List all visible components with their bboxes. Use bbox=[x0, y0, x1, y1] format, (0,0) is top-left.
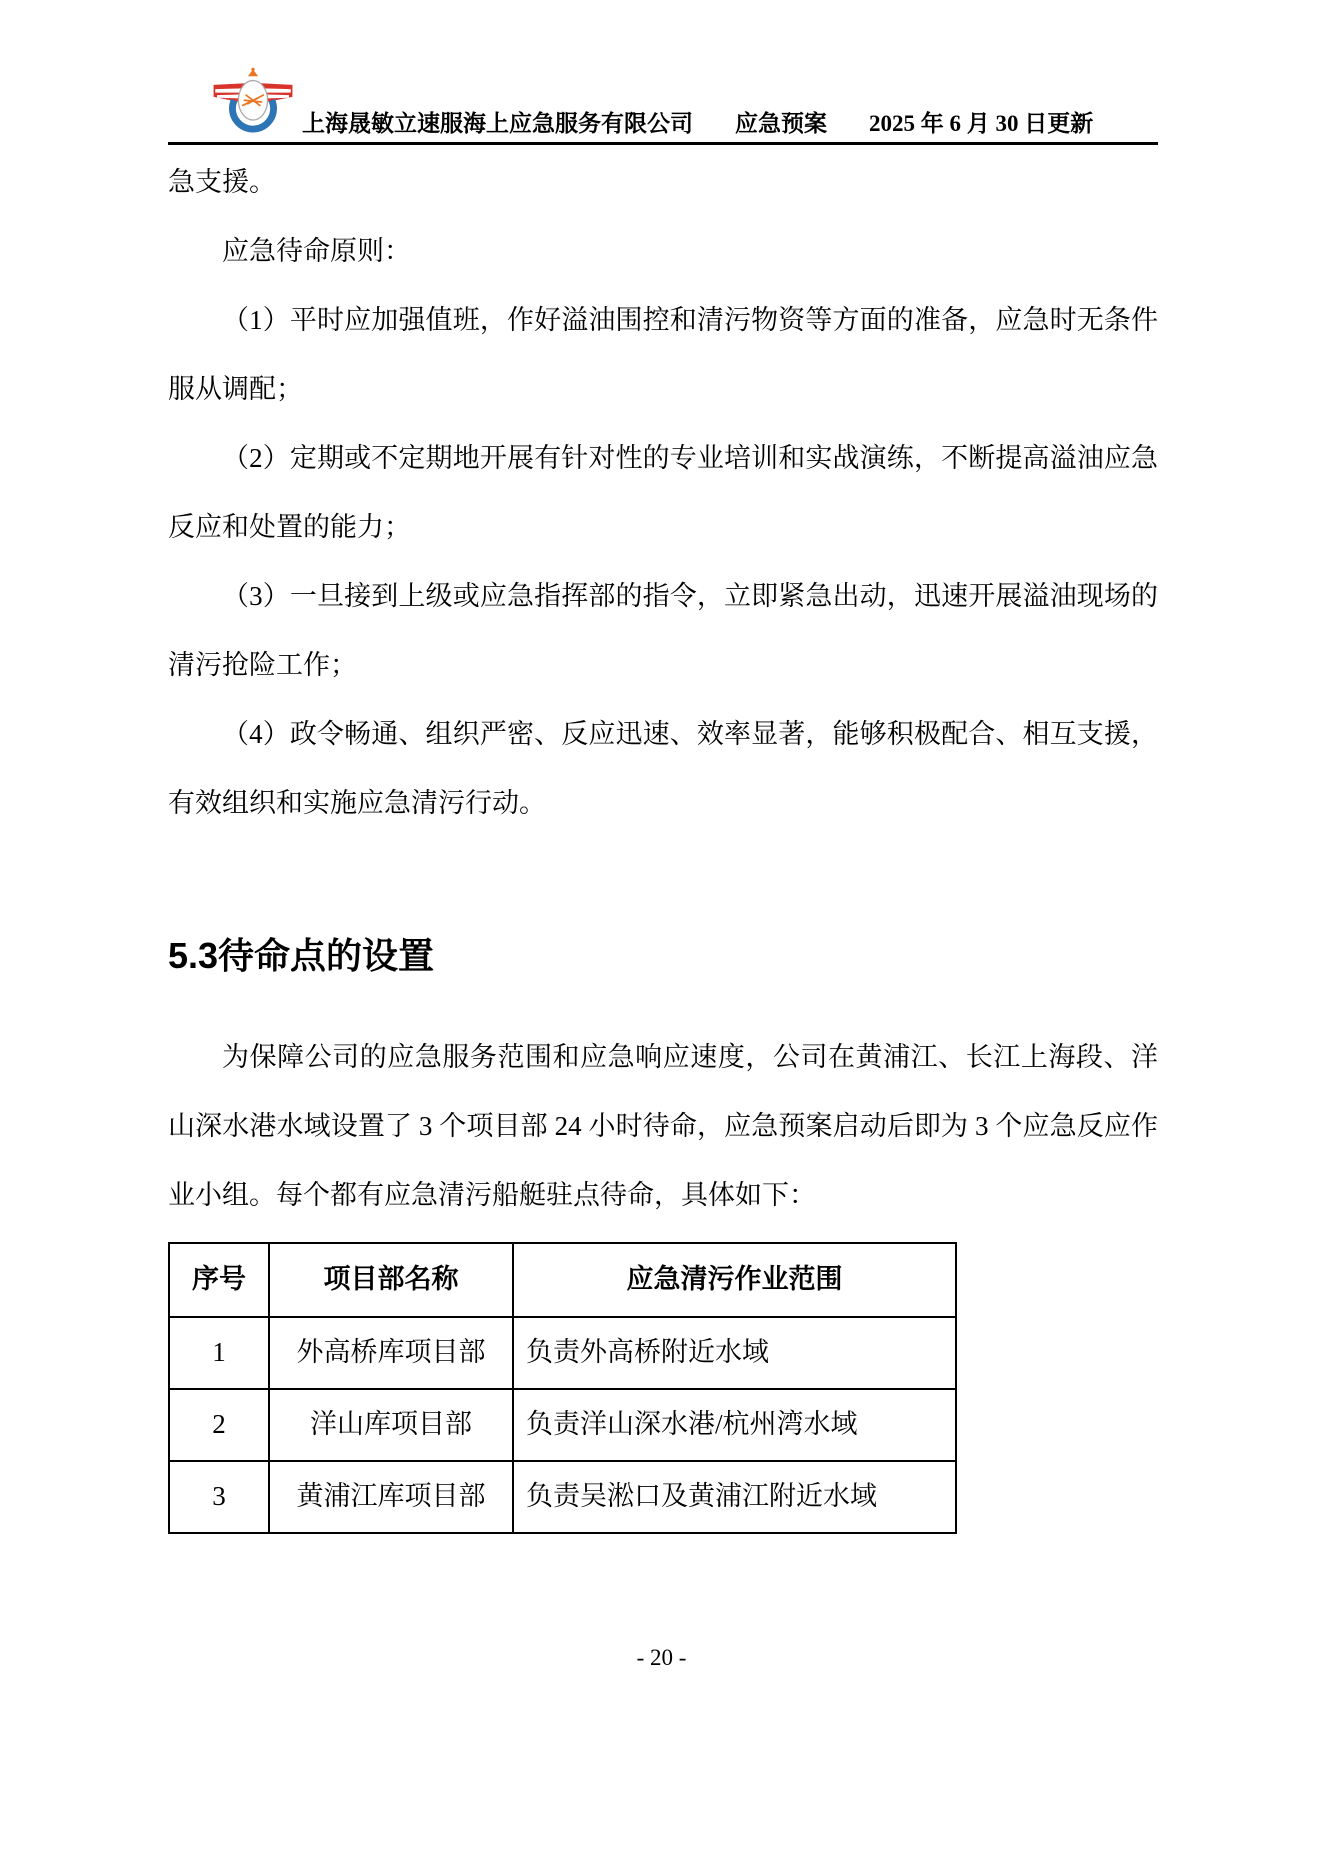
principle-item-4: （4）政令畅通、组织严密、反应迅速、效率显著，能够积极配合、相互支援，有效组织和… bbox=[168, 700, 1158, 838]
cleanup-range: 负责外高桥附近水域 bbox=[513, 1317, 956, 1389]
document-page: 上海晟敏立速服海上应急服务有限公司 应急预案 2025 年 6 月 30 日更新… bbox=[0, 0, 1323, 1871]
page-footer: - 20 - bbox=[0, 1645, 1323, 1671]
project-name: 外高桥库项目部 bbox=[269, 1317, 513, 1389]
principles-title: 应急待命原则： bbox=[168, 217, 1158, 286]
principle-item-2: （2）定期或不定期地开展有针对性的专业培训和实战演练，不断提高溢油应急反应和处置… bbox=[168, 424, 1158, 562]
principle-item-3: （3）一旦接到上级或应急指挥部的指令，立即紧急出动，迅速开展溢油现场的清污抢险工… bbox=[168, 562, 1158, 700]
section-heading: 5.3待命点的设置 bbox=[168, 933, 1158, 978]
document-body: 急支援。 应急待命原则： （1）平时应加强值班，作好溢油围控和清污物资等方面的准… bbox=[168, 148, 1158, 1534]
standby-points-table: 序号 项目部名称 应急清污作业范围 1 外高桥库项目部 负责外高桥附近水域 2 … bbox=[168, 1242, 957, 1534]
row-index: 2 bbox=[169, 1389, 269, 1461]
cleanup-range: 负责吴淞口及黄浦江附近水域 bbox=[513, 1461, 956, 1533]
table-row: 3 黄浦江库项目部 负责吴淞口及黄浦江附近水域 bbox=[169, 1461, 956, 1533]
document-type: 应急预案 bbox=[735, 111, 827, 136]
page-header: 上海晟敏立速服海上应急服务有限公司 应急预案 2025 年 6 月 30 日更新 bbox=[168, 66, 1158, 145]
table-row: 1 外高桥库项目部 负责外高桥附近水域 bbox=[169, 1317, 956, 1389]
update-date: 2025 年 6 月 30 日更新 bbox=[869, 111, 1093, 136]
row-index: 3 bbox=[169, 1461, 269, 1533]
row-index: 1 bbox=[169, 1317, 269, 1389]
project-name: 洋山库项目部 bbox=[269, 1389, 513, 1461]
company-name: 上海晟敏立速服海上应急服务有限公司 bbox=[302, 111, 693, 136]
page-number: - 20 - bbox=[637, 1645, 687, 1670]
project-name: 黄浦江库项目部 bbox=[269, 1461, 513, 1533]
section-paragraph: 为保障公司的应急服务范围和应急响应速度，公司在黄浦江、长江上海段、洋山深水港水域… bbox=[168, 1023, 1158, 1230]
table-row: 2 洋山库项目部 负责洋山深水港/杭州湾水域 bbox=[169, 1389, 956, 1461]
carryover-line: 急支援。 bbox=[168, 148, 1158, 217]
principle-item-1: （1）平时应加强值班，作好溢油围控和清污物资等方面的准备，应急时无条件服从调配； bbox=[168, 286, 1158, 424]
col-header-range: 应急清污作业范围 bbox=[513, 1243, 956, 1317]
col-header-project: 项目部名称 bbox=[269, 1243, 513, 1317]
company-logo-icon bbox=[210, 66, 296, 138]
col-header-index: 序号 bbox=[169, 1243, 269, 1317]
table-header-row: 序号 项目部名称 应急清污作业范围 bbox=[169, 1243, 956, 1317]
cleanup-range: 负责洋山深水港/杭州湾水域 bbox=[513, 1389, 956, 1461]
